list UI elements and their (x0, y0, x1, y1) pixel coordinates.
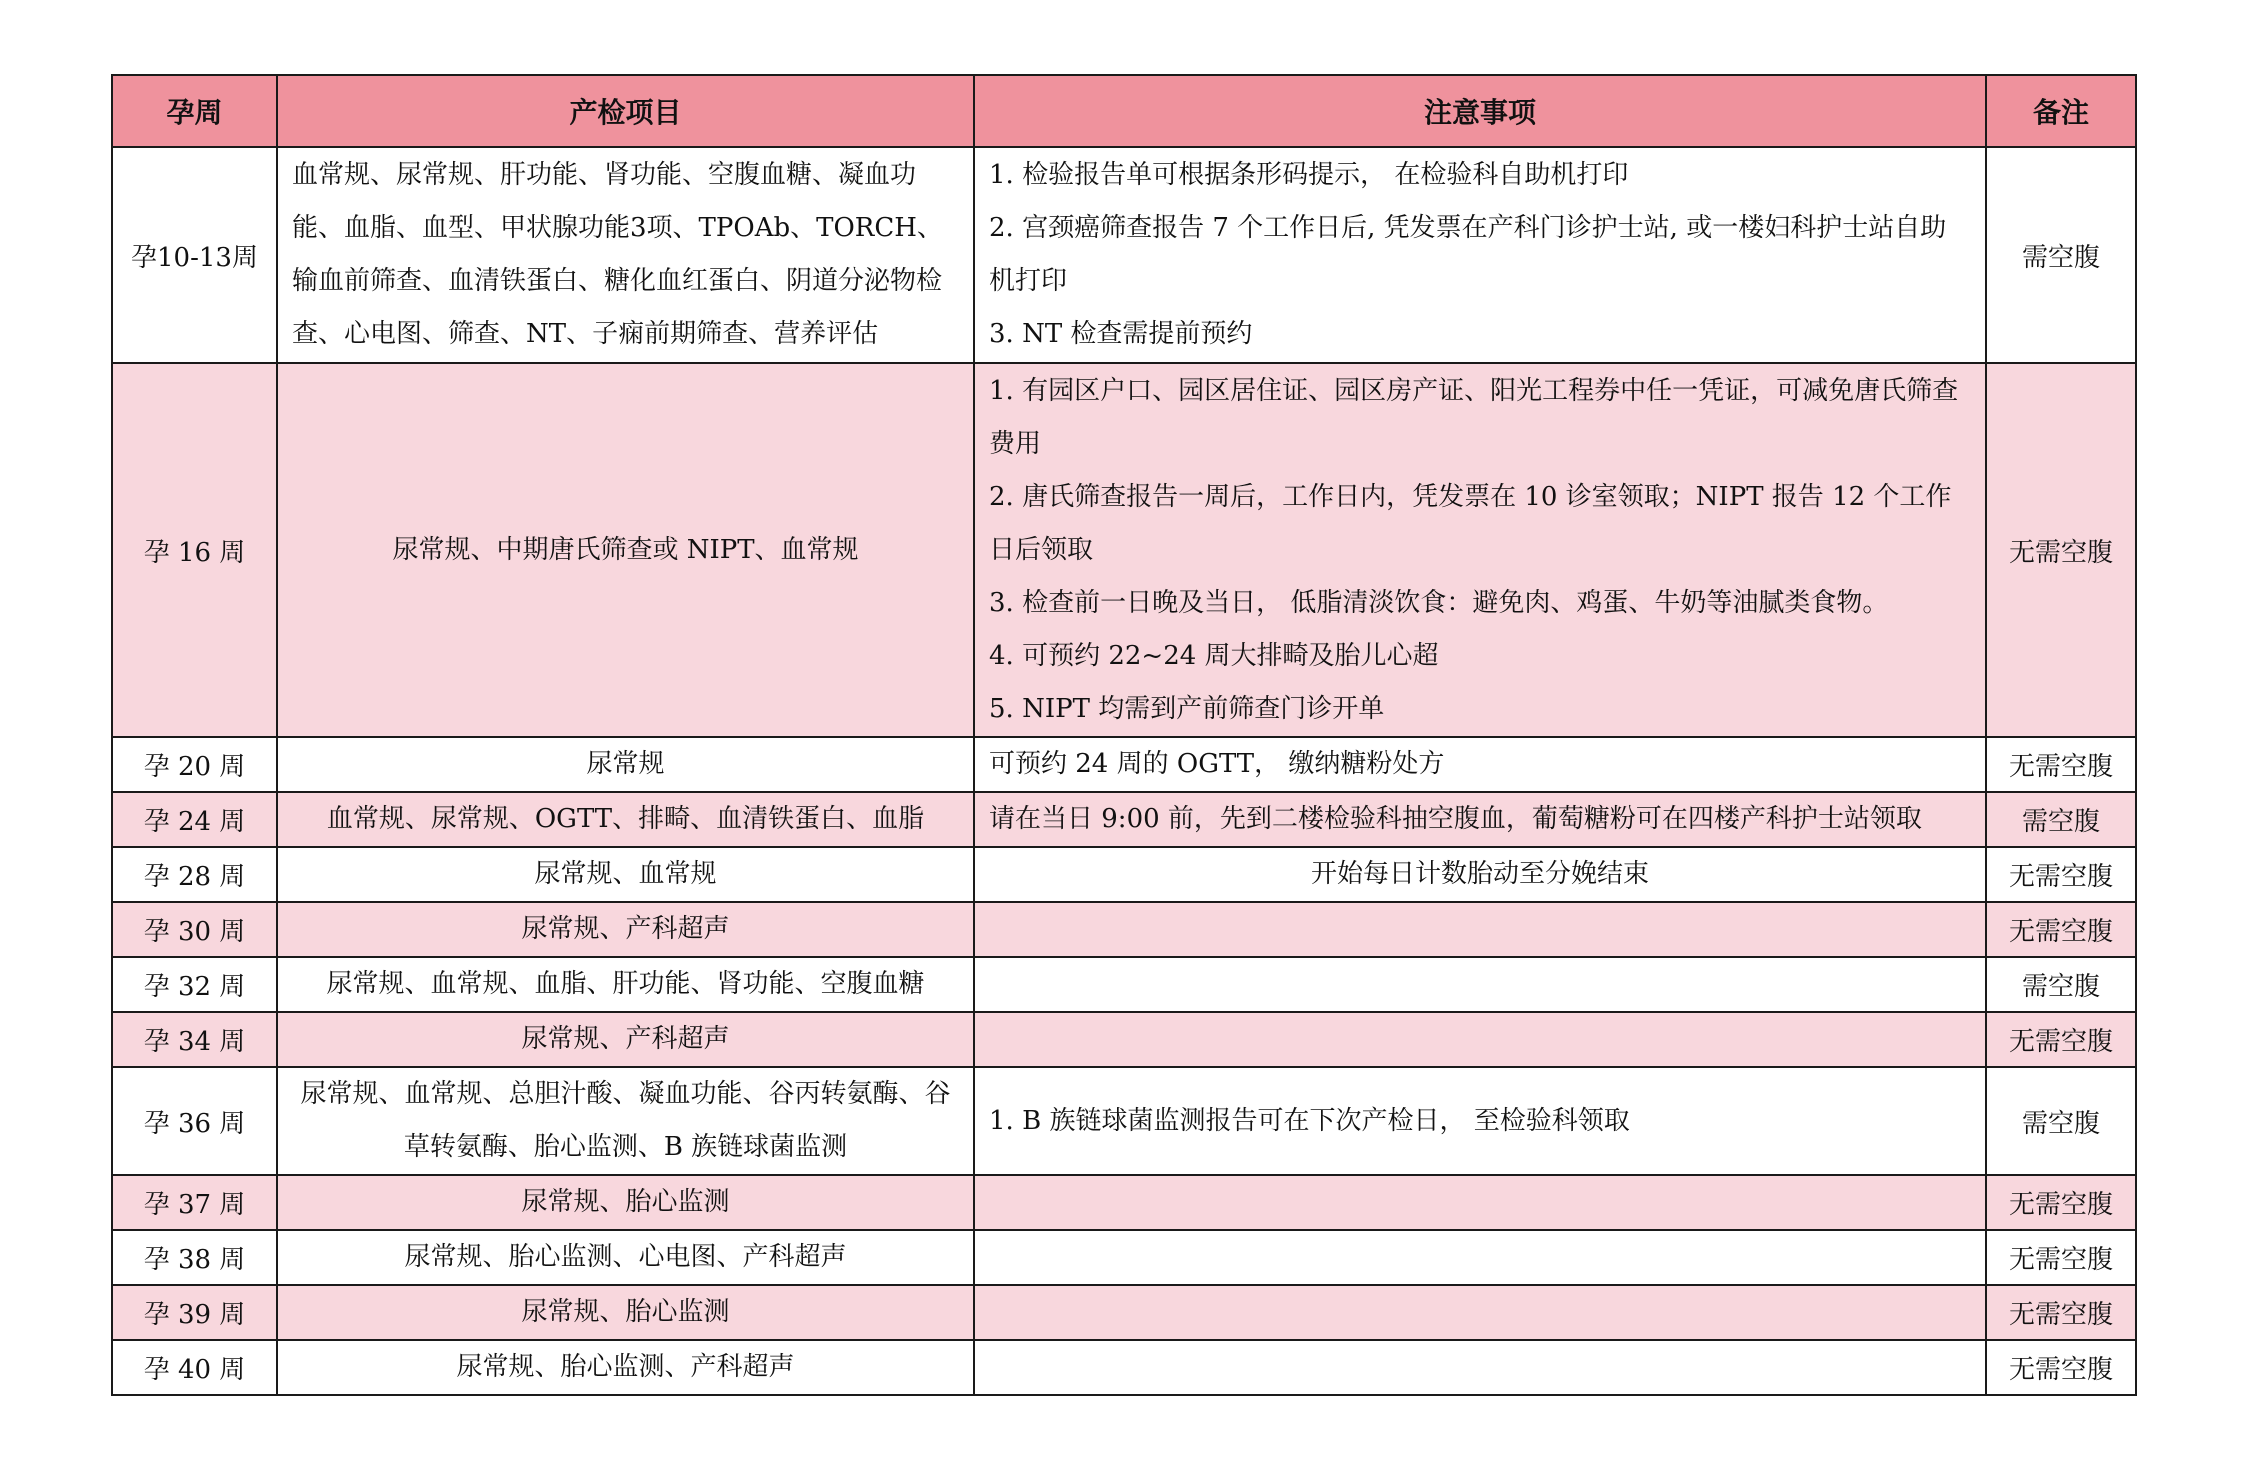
note-cell: 无需空腹 (1986, 1175, 2136, 1230)
table-row: 孕 32 周 尿常规、血常规、血脂、肝功能、肾功能、空腹血糖 需空腹 (112, 957, 2136, 1012)
tips-cell (974, 1285, 1986, 1340)
tip-line: 4. 可预约 22~24 周大排畸及胎儿心超 (989, 630, 1971, 683)
week-cell: 孕 40 周 (112, 1340, 277, 1395)
items-cell: 尿常规、血常规、血脂、肝功能、肾功能、空腹血糖 (277, 957, 974, 1012)
tips-cell: 请在当日 9:00 前，先到二楼检验科抽空腹血，葡萄糖粉可在四楼产科护士站领取 (974, 792, 1986, 847)
table-row: 孕 20 周 尿常规 可预约 24 周的 OGTT， 缴纳糖粉处方 无需空腹 (112, 737, 2136, 792)
tips-cell: 1. B 族链球菌监测报告可在下次产检日， 至检验科领取 (974, 1067, 1986, 1175)
items-cell: 血常规、尿常规、肝功能、肾功能、空腹血糖、凝血功能、血脂、血型、甲状腺功能3项、… (277, 147, 974, 363)
week-cell: 孕10-13周 (112, 147, 277, 363)
items-cell: 尿常规、胎心监测、心电图、产科超声 (277, 1230, 974, 1285)
tip-line: 5. NIPT 均需到产前筛查门诊开单 (989, 683, 1971, 736)
table-row: 孕 40 周 尿常规、胎心监测、产科超声 无需空腹 (112, 1340, 2136, 1395)
note-cell: 无需空腹 (1986, 1340, 2136, 1395)
items-cell: 尿常规、胎心监测、产科超声 (277, 1340, 974, 1395)
items-cell: 尿常规、产科超声 (277, 902, 974, 957)
header-tips: 注意事项 (974, 75, 1986, 147)
note-cell: 需空腹 (1986, 792, 2136, 847)
header-row: 孕周 产检项目 注意事项 备注 (112, 75, 2136, 147)
week-cell: 孕 24 周 (112, 792, 277, 847)
week-cell: 孕 28 周 (112, 847, 277, 902)
week-cell: 孕 36 周 (112, 1067, 277, 1175)
week-cell: 孕 38 周 (112, 1230, 277, 1285)
table-row: 孕 28 周 尿常规、血常规 开始每日计数胎动至分娩结束 无需空腹 (112, 847, 2136, 902)
tips-cell (974, 902, 1986, 957)
items-cell: 尿常规、血常规 (277, 847, 974, 902)
note-cell: 需空腹 (1986, 957, 2136, 1012)
table-row: 孕 34 周 尿常规、产科超声 无需空腹 (112, 1012, 2136, 1067)
week-cell: 孕 20 周 (112, 737, 277, 792)
tips-cell: 1. 检验报告单可根据条形码提示， 在检验科自助机打印 2. 宫颈癌筛查报告 7… (974, 147, 1986, 363)
tips-cell (974, 1230, 1986, 1285)
week-cell: 孕 16 周 (112, 363, 277, 737)
items-cell: 尿常规、胎心监测 (277, 1285, 974, 1340)
note-cell: 无需空腹 (1986, 902, 2136, 957)
table-row: 孕 30 周 尿常规、产科超声 无需空腹 (112, 902, 2136, 957)
week-cell: 孕 30 周 (112, 902, 277, 957)
table-row: 孕 16 周 尿常规、中期唐氏筛查或 NIPT、血常规 1. 有园区户口、园区居… (112, 363, 2136, 737)
items-cell: 尿常规、血常规、总胆汁酸、凝血功能、谷丙转氨酶、谷草转氨酶、胎心监测、B 族链球… (277, 1067, 974, 1175)
table-row: 孕 24 周 血常规、尿常规、OGTT、排畸、血清铁蛋白、血脂 请在当日 9:0… (112, 792, 2136, 847)
items-cell: 尿常规、产科超声 (277, 1012, 974, 1067)
table-row: 孕 39 周 尿常规、胎心监测 无需空腹 (112, 1285, 2136, 1340)
tips-cell: 1. 有园区户口、园区居住证、园区房产证、阳光工程券中任一凭证，可减免唐氏筛查费… (974, 363, 1986, 737)
tips-cell (974, 1175, 1986, 1230)
note-cell: 需空腹 (1986, 1067, 2136, 1175)
header-week: 孕周 (112, 75, 277, 147)
header-items: 产检项目 (277, 75, 974, 147)
tip-line: 1. 有园区户口、园区居住证、园区房产证、阳光工程券中任一凭证，可减免唐氏筛查费… (989, 365, 1971, 471)
week-cell: 孕 32 周 (112, 957, 277, 1012)
tip-line: 3. 检查前一日晚及当日， 低脂清淡饮食：避免肉、鸡蛋、牛奶等油腻类食物。 (989, 577, 1971, 630)
table-row: 孕 36 周 尿常规、血常规、总胆汁酸、凝血功能、谷丙转氨酶、谷草转氨酶、胎心监… (112, 1067, 2136, 1175)
tips-cell (974, 1340, 1986, 1395)
tip-line: 1. 检验报告单可根据条形码提示， 在检验科自助机打印 (989, 149, 1971, 202)
table-row: 孕10-13周 血常规、尿常规、肝功能、肾功能、空腹血糖、凝血功能、血脂、血型、… (112, 147, 2136, 363)
week-cell: 孕 34 周 (112, 1012, 277, 1067)
week-cell: 孕 37 周 (112, 1175, 277, 1230)
note-cell: 需空腹 (1986, 147, 2136, 363)
note-cell: 无需空腹 (1986, 363, 2136, 737)
week-cell: 孕 39 周 (112, 1285, 277, 1340)
tips-cell (974, 1012, 1986, 1067)
items-cell: 尿常规、胎心监测 (277, 1175, 974, 1230)
items-cell: 尿常规、中期唐氏筛查或 NIPT、血常规 (277, 363, 974, 737)
items-cell: 尿常规 (277, 737, 974, 792)
note-cell: 无需空腹 (1986, 1012, 2136, 1067)
tips-cell (974, 957, 1986, 1012)
tips-cell: 可预约 24 周的 OGTT， 缴纳糖粉处方 (974, 737, 1986, 792)
header-note: 备注 (1986, 75, 2136, 147)
note-cell: 无需空腹 (1986, 737, 2136, 792)
tip-line: 2. 宫颈癌筛查报告 7 个工作日后, 凭发票在产科门诊护士站, 或一楼妇科护士… (989, 202, 1971, 308)
note-cell: 无需空腹 (1986, 1230, 2136, 1285)
note-cell: 无需空腹 (1986, 1285, 2136, 1340)
table-row: 孕 37 周 尿常规、胎心监测 无需空腹 (112, 1175, 2136, 1230)
items-cell: 血常规、尿常规、OGTT、排畸、血清铁蛋白、血脂 (277, 792, 974, 847)
tip-line: 2. 唐氏筛查报告一周后，工作日内，凭发票在 10 诊室领取；NIPT 报告 1… (989, 471, 1971, 577)
table-row: 孕 38 周 尿常规、胎心监测、心电图、产科超声 无需空腹 (112, 1230, 2136, 1285)
tip-line: 3. NT 检查需提前预约 (989, 308, 1971, 361)
tips-cell: 开始每日计数胎动至分娩结束 (974, 847, 1986, 902)
prenatal-schedule-table: 孕周 产检项目 注意事项 备注 孕10-13周 血常规、尿常规、肝功能、肾功能、… (111, 74, 2137, 1396)
note-cell: 无需空腹 (1986, 847, 2136, 902)
